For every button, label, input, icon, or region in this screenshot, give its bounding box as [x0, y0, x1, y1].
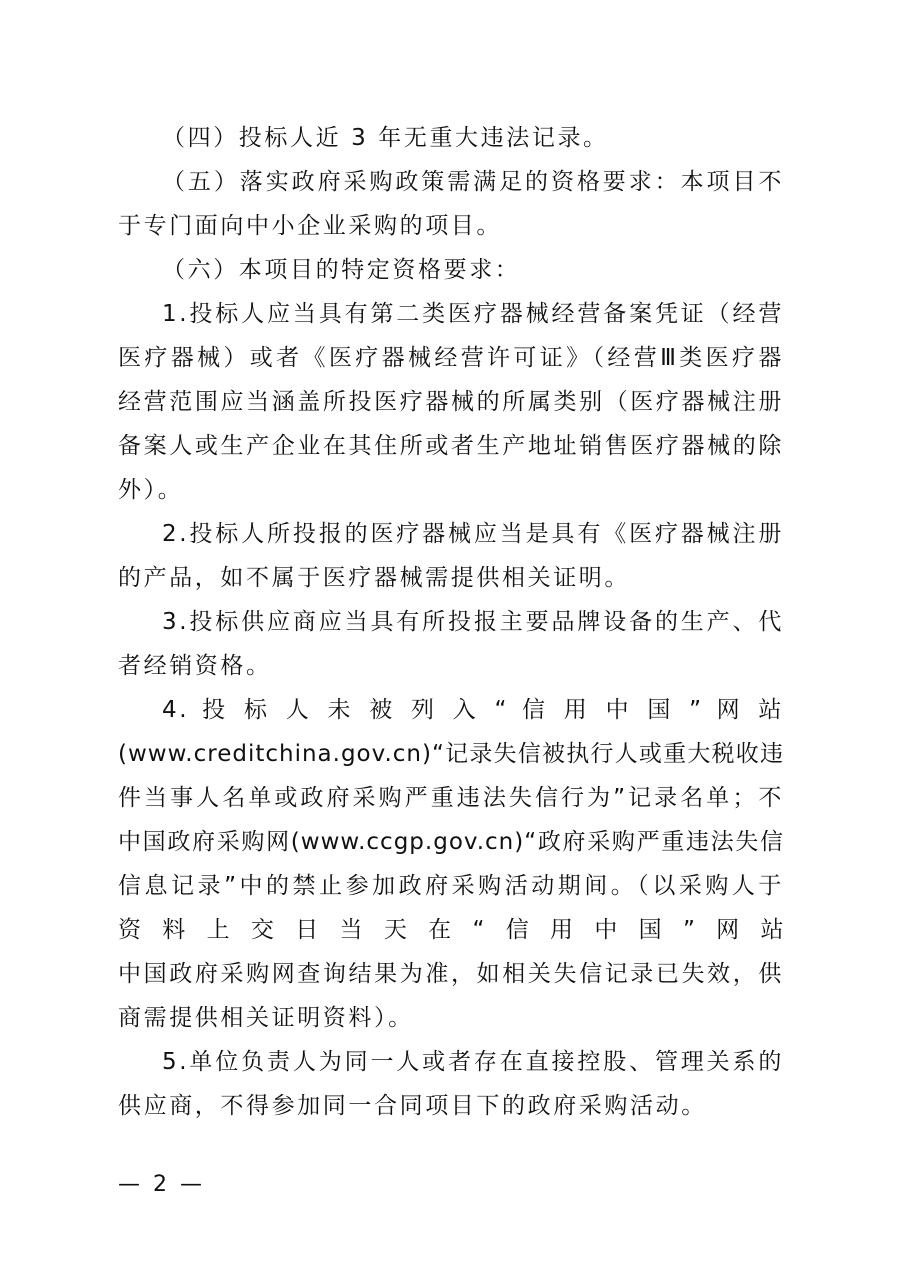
requirement-3-line-2: 者经销资格。	[118, 646, 784, 686]
requirement-4-line-1: 4. 投 标 人 未 被 列 入 “ 信 用 中 国 ” 网 站	[162, 690, 784, 730]
page-number: — 2 —	[118, 1170, 205, 1200]
paragraph-item-5-line-2: 于专门面向中小企业采购的项目。	[118, 206, 784, 246]
requirement-1-line-4: 备案人或生产企业在其住所或者生产地址销售医疗器械的除	[118, 426, 784, 466]
document-page: （四）投标人近 3 年无重大违法记录。 （五）落实政府采购政策需满足的资格要求：…	[0, 0, 900, 1268]
requirement-4-line-7: 中国政府采购网查询结果为准，如相关失信记录已失效，供应	[118, 954, 784, 994]
requirement-5-line-1: 5.单位负责人为同一人或者存在直接控股、管理关系的不同	[162, 1042, 784, 1082]
requirement-1-line-2: 医疗器械）或者《医疗器械经营许可证》（经营Ⅲ类医疗器械），	[118, 338, 784, 378]
requirement-4-line-5: 信息记录”中的禁止参加政府采购活动期间。（以采购人于投标	[118, 866, 784, 906]
paragraph-item-6-line-1: （六）本项目的特定资格要求：	[162, 250, 784, 290]
requirement-1-line-1: 1.投标人应当具有第二类医疗器械经营备案凭证（经营Ⅱ类	[162, 294, 784, 334]
requirement-1-line-3: 经营范围应当涵盖所投医疗器械的所属类别（医疗器械注册人、	[118, 382, 784, 422]
requirement-4-line-3: 件当事人名单或政府采购严重违法失信行为”记录名单；不处于	[118, 778, 784, 818]
requirement-4-line-2: (www.creditchina.gov.cn)“记录失信被执行人或重大税收违法…	[118, 734, 784, 774]
requirement-4-line-4: 中国政府采购网(www.ccgp.gov.cn)“政府采购严重违法失信行为	[118, 822, 784, 862]
requirement-2-line-2: 的产品，如不属于医疗器械需提供相关证明。	[118, 558, 784, 598]
requirement-5-line-2: 供应商，不得参加同一合同项目下的政府采购活动。	[118, 1086, 784, 1126]
paragraph-item-5-line-1: （五）落实政府采购政策需满足的资格要求：本项目不属	[162, 162, 784, 202]
paragraph-item-4-line-1: （四）投标人近 3 年无重大违法记录。	[162, 118, 784, 158]
requirement-2-line-1: 2.投标人所投报的医疗器械应当是具有《医疗器械注册证》	[162, 514, 784, 554]
requirement-4-line-6: 资料上交日当天在“信用中国”网站（www.creditchina.gov.cn）…	[118, 910, 784, 950]
requirement-1-line-5: 外）。	[118, 470, 784, 510]
requirement-4-line-8: 商需提供相关证明资料）。	[118, 998, 784, 1038]
requirement-3-line-1: 3.投标供应商应当具有所投报主要品牌设备的生产、代理或	[162, 602, 784, 642]
